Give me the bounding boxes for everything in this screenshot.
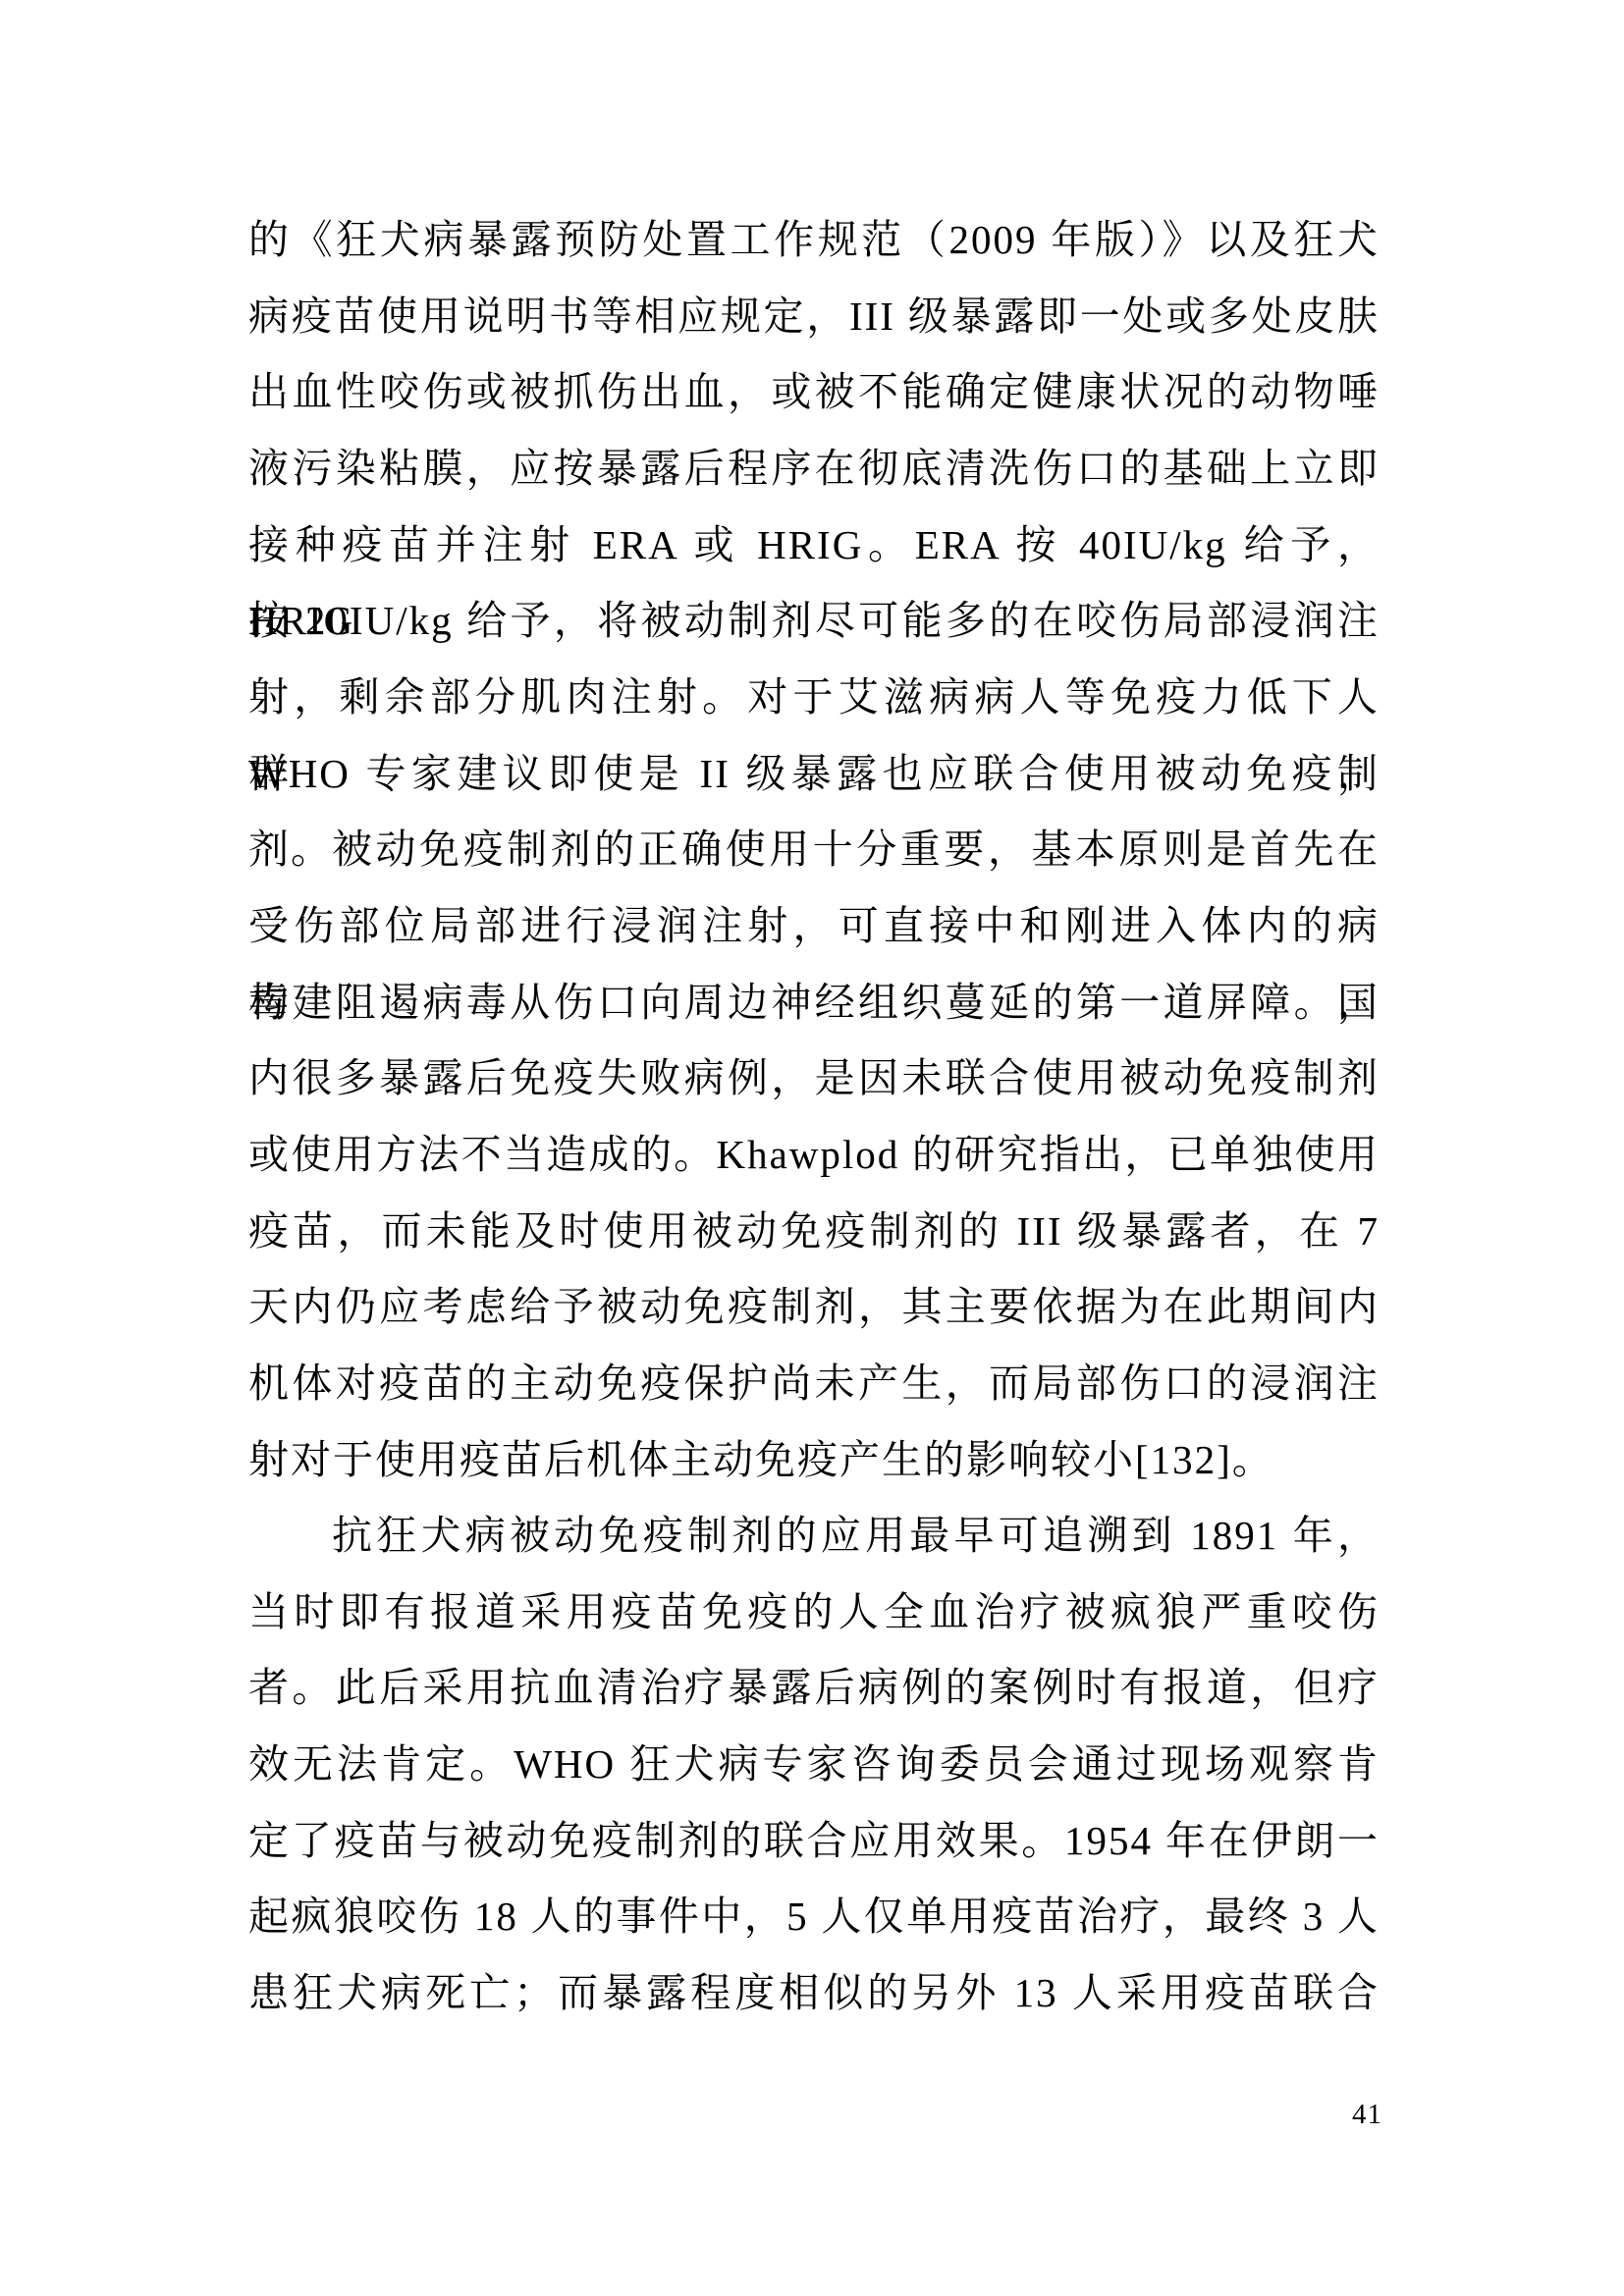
text-line: 者。此后采用抗血清治疗暴露后病例的案例时有报道，但疗	[248, 1650, 1380, 1727]
document-body: 的《狂犬病暴露预防处置工作规范（2009 年版）》以及狂犬病疫苗使用说明书等相应…	[248, 202, 1380, 2032]
text-line: WHO 专家建议即使是 II 级暴露也应联合使用被动免疫制剂。	[248, 736, 1380, 813]
text-line: 病疫苗使用说明书等相应规定，III 级暴露即一处或多处皮肤	[248, 279, 1380, 355]
text-line: 液污染粘膜，应按暴露后程序在彻底清洗伤口的基础上立即	[248, 431, 1380, 507]
text-line: 当时即有报道采用疫苗免疫的人全血治疗被疯狼严重咬伤	[248, 1575, 1380, 1651]
text-line: 患狂犬病死亡；而暴露程度相似的另外 13 人采用疫苗联合	[248, 1955, 1380, 2032]
text-line: 起疯狼咬伤 18 人的事件中，5 人仅单用疫苗治疗，最终 3 人	[248, 1879, 1380, 1955]
text-line: 或使用方法不当造成的。Khawplod 的研究指出，已单独使用	[248, 1117, 1380, 1194]
text-line: 出血性咬伤或被抓伤出血，或被不能确定健康状况的动物唾	[248, 354, 1380, 431]
text-line: 受伤部位局部进行浸润注射，可直接中和刚进入体内的病毒，	[248, 888, 1380, 965]
text-line: 天内仍应考虑给予被动免疫制剂，其主要依据为在此期间内	[248, 1269, 1380, 1346]
text-line: 疫苗，而未能及时使用被动免疫制剂的 III 级暴露者，在 7	[248, 1194, 1380, 1270]
text-line: 内很多暴露后免疫失败病例，是因未联合使用被动免疫制剂	[248, 1041, 1380, 1117]
document-page: 的《狂犬病暴露预防处置工作规范（2009 年版）》以及狂犬病疫苗使用说明书等相应…	[0, 0, 1624, 2296]
text-line: 效无法肯定。WHO 狂犬病专家咨询委员会通过现场观察肯	[248, 1727, 1380, 1803]
text-line: 定了疫苗与被动免疫制剂的联合应用效果。1954 年在伊朗一	[248, 1803, 1380, 1880]
page-number: 41	[1352, 2099, 1382, 2130]
text-line: 射对于使用疫苗后机体主动免疫产生的影响较小[132]。	[248, 1422, 1380, 1499]
text-line: 抗狂犬病被动免疫制剂的应用最早可追溯到 1891 年，	[248, 1498, 1380, 1575]
text-line: 机体对疫苗的主动免疫保护尚未产生，而局部伤口的浸润注	[248, 1346, 1380, 1422]
text-line: 按 20IU/kg 给予，将被动制剂尽可能多的在咬伤局部浸润注	[248, 583, 1380, 660]
text-line: 构建阻遏病毒从伤口向周边神经组织蔓延的第一道屏障。国	[248, 965, 1380, 1041]
text-line: 的《狂犬病暴露预防处置工作规范（2009 年版）》以及狂犬	[248, 202, 1380, 279]
text-line: 被动免疫制剂的正确使用十分重要，基本原则是首先在	[248, 812, 1380, 888]
text-line: 射，剩余部分肌肉注射。对于艾滋病病人等免疫力低下人群，	[248, 660, 1380, 736]
text-line: 接种疫苗并注射 ERA 或 HRIG。ERA 按 40IU/kg 给予，HRIG	[248, 507, 1380, 584]
